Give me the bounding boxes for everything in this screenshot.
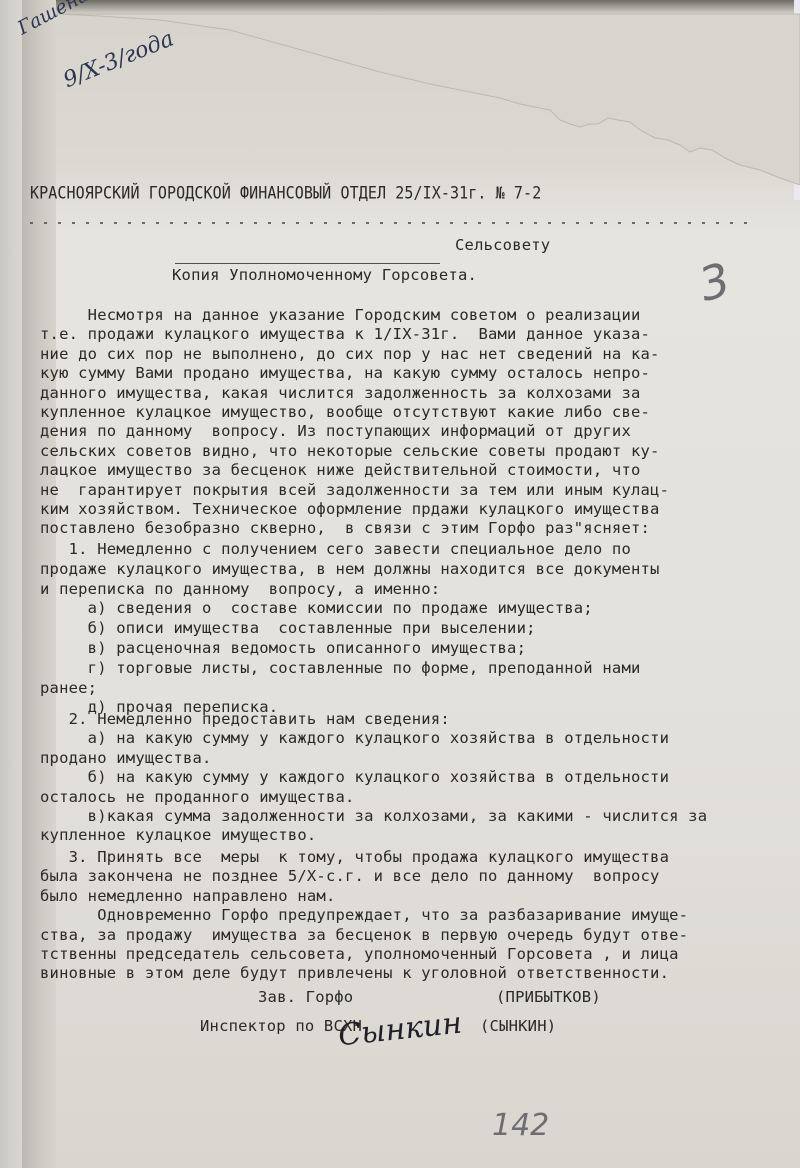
text-line: в)какая сумма задолженности за колхозами… <box>40 807 707 825</box>
text-line: 3. Принять все меры к тому, чтобы продаж… <box>40 848 669 866</box>
signature-title-head: Зав. Горфо <box>258 988 353 1006</box>
text-line: Несмотря на данное указание Городским со… <box>40 306 641 324</box>
signature-name-head: (ПРИБЫТКОВ) <box>496 988 601 1006</box>
text-line: а) на какую сумму у каждого кулацкого хо… <box>40 729 669 747</box>
signature-name-inspector: (СЫНКИН) <box>480 1017 556 1035</box>
text-line: г) торговые листы, составленные по форме… <box>40 659 641 677</box>
text-line: не гарантирует покрытия всей задолженнос… <box>40 481 669 499</box>
text-line: осталось не проданного имущества. <box>40 788 355 806</box>
text-line: продано имущества. <box>40 749 212 767</box>
copy-recipient: Копия Уполномоченному Горсовета. <box>172 266 477 284</box>
text-line: сельских советов видно, что некоторые се… <box>40 442 660 460</box>
text-line: б) на какую сумму у каждого кулацкого хо… <box>40 768 669 786</box>
text-line: 2. Немедленно предоставить нам сведения: <box>40 710 450 728</box>
text-line: виновные в этом деле будут привлечены к … <box>40 964 669 982</box>
text-line: была закончена не позднее 5/X-с.г. и все… <box>40 867 660 885</box>
text-line: поставлено безобразно скверно, в связи с… <box>40 519 650 537</box>
handwritten-signature: Сынкин <box>337 1006 464 1054</box>
text-line: продаже кулацкого имущества, в нем должн… <box>40 560 660 578</box>
text-line: дения по данному вопросу. Из поступающих… <box>40 422 631 440</box>
text-line: 1. Немедленно с получением сего завести … <box>40 540 631 558</box>
text-line: данного имущества, какая числится задолж… <box>40 384 641 402</box>
text-line: ранее; <box>40 679 97 697</box>
text-line: кую сумму Вами продано имущества, на как… <box>40 364 650 382</box>
addressee: Сельсовету <box>455 236 550 254</box>
page-number: 142 <box>492 1108 549 1143</box>
text-line: лацкое имущество за бесценок ниже действ… <box>40 461 641 479</box>
text-line: и переписка по данному вопросу, а именно… <box>40 580 440 598</box>
text-line: тственны председатель сельсовета, уполно… <box>40 945 679 963</box>
text-line: ства, за продажу имущества за бесценок в… <box>40 926 688 944</box>
header-dashed-rule <box>30 222 750 224</box>
pencil-mark: 3 <box>694 252 736 312</box>
text-line: б) описи имущества составленные при высе… <box>40 619 536 637</box>
text-line: а) сведения о составе комиссии по продаж… <box>40 599 593 617</box>
addressee-blank-line <box>175 263 440 264</box>
document-page: Гашена. 9/X-3/года КРАСНОЯРСКИЙ ГОРОДСКО… <box>0 0 800 1168</box>
letterhead: КРАСНОЯРСКИЙ ГОРОДСКОЙ ФИНАНСОВЫЙ ОТДЕЛ … <box>30 183 541 203</box>
torn-paper-overlay <box>0 0 800 200</box>
text-line: купленное кулацкое имущество. <box>40 826 316 844</box>
text-line: Одновременно Горфо предупреждает, что за… <box>40 906 688 924</box>
text-line: т.е. продажи кулацкого имущества к 1/IX-… <box>40 325 650 343</box>
text-line: купленное кулацкое имущество, вообще отс… <box>40 403 650 421</box>
text-line: было немедленно направлено нам. <box>40 887 336 905</box>
text-line: ким хозяйством. Техническое оформление п… <box>40 500 660 518</box>
text-line: ние до сих пор не выполнено, до сих пор … <box>40 345 660 363</box>
text-line: в) расценочная ведомость описанного имущ… <box>40 639 526 657</box>
